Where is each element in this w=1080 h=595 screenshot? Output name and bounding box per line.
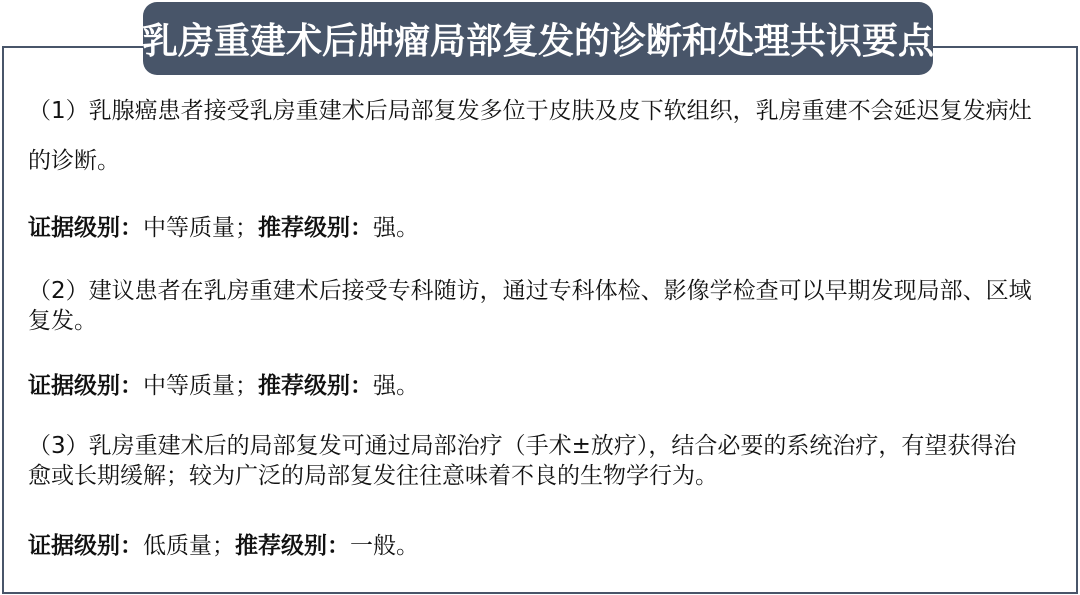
item-3-evidence: 证据级别：低质量；推荐级别：一般。 — [28, 531, 419, 561]
recommendation-value: 强。 — [373, 373, 419, 399]
evidence-label: 证据级别： — [28, 533, 143, 559]
item-1-text: （1）乳腺癌患者接受乳房重建术后局部复发多位于皮肤及皮下软组织，乳房重建不会延迟… — [28, 86, 1038, 186]
evidence-label: 证据级别： — [28, 373, 143, 399]
item-3-number: （3） — [28, 433, 89, 459]
item-1-evidence: 证据级别：中等质量；推荐级别：强。 — [28, 213, 419, 243]
item-1-body: 乳腺癌患者接受乳房重建术后局部复发多位于皮肤及皮下软组织，乳房重建不会延迟复发病… — [28, 98, 1032, 174]
item-3-body: 乳房重建术后的局部复发可通过局部治疗（手术±放疗），结合必要的系统治疗，有望获得… — [28, 433, 1016, 489]
page-title: 乳房重建术后肿瘤局部复发的诊断和处理共识要点 — [142, 13, 934, 64]
recommendation-value: 一般。 — [350, 533, 419, 559]
item-3-text: （3）乳房重建术后的局部复发可通过局部治疗（手术±放疗），结合必要的系统治疗，有… — [28, 431, 1038, 491]
item-1-number: （1） — [28, 98, 89, 124]
recommendation-label: 推荐级别： — [258, 215, 373, 241]
recommendation-label: 推荐级别： — [235, 533, 350, 559]
evidence-value: 中等质量； — [143, 215, 258, 241]
recommendation-value: 强。 — [373, 215, 419, 241]
title-banner: 乳房重建术后肿瘤局部复发的诊断和处理共识要点 — [143, 2, 933, 75]
evidence-value: 中等质量； — [143, 373, 258, 399]
consensus-item-1: （1）乳腺癌患者接受乳房重建术后局部复发多位于皮肤及皮下软组织，乳房重建不会延迟… — [28, 86, 1038, 186]
item-2-text: （2）建议患者在乳房重建术后接受专科随访，通过专科体检、影像学检查可以早期发现局… — [28, 276, 1038, 336]
consensus-item-2: （2）建议患者在乳房重建术后接受专科随访，通过专科体检、影像学检查可以早期发现局… — [28, 276, 1038, 336]
item-2-body: 建议患者在乳房重建术后接受专科随访，通过专科体检、影像学检查可以早期发现局部、区… — [28, 278, 1032, 334]
item-2-evidence: 证据级别：中等质量；推荐级别：强。 — [28, 371, 419, 401]
item-2-number: （2） — [28, 278, 89, 304]
consensus-item-3: （3）乳房重建术后的局部复发可通过局部治疗（手术±放疗），结合必要的系统治疗，有… — [28, 431, 1038, 491]
evidence-value: 低质量； — [143, 533, 235, 559]
evidence-label: 证据级别： — [28, 215, 143, 241]
recommendation-label: 推荐级别： — [258, 373, 373, 399]
